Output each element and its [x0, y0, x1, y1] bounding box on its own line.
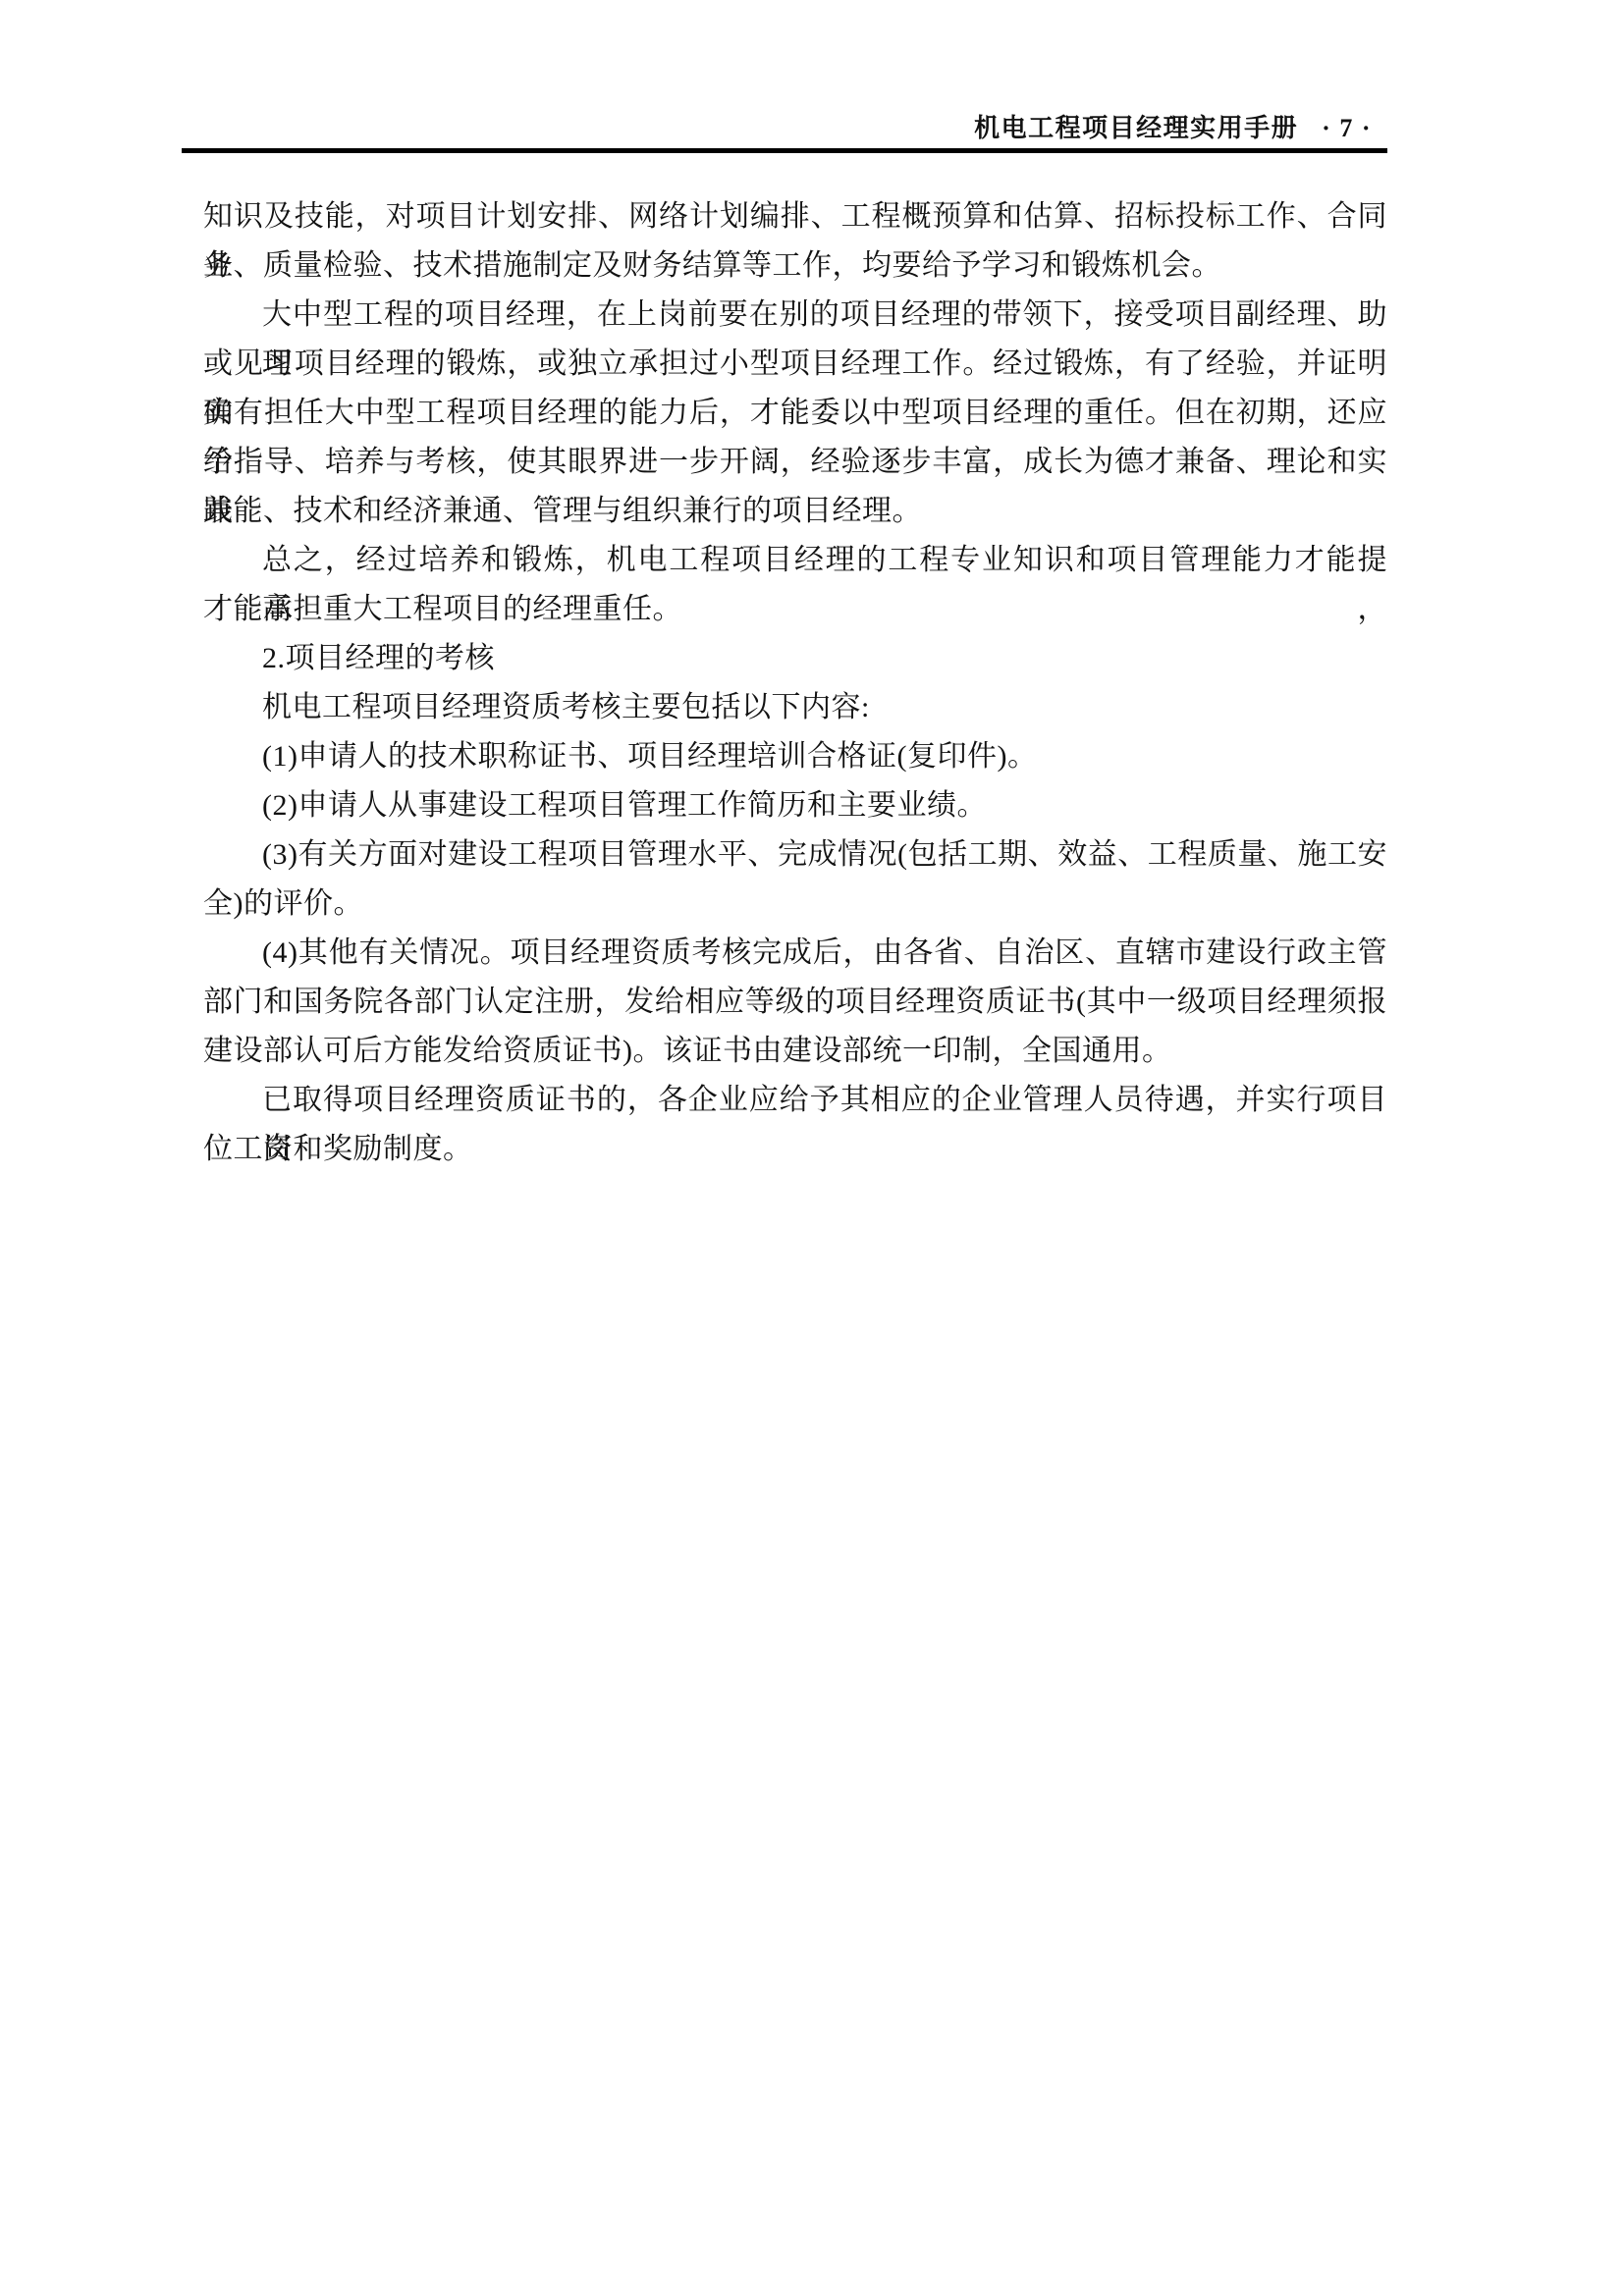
document-page: 机电工程项目经理实用手册 · 7 · 知识及技能，对项目计划安排、网络计划编排、…: [0, 0, 1624, 2296]
text-line: 予指导、培养与考核，使其眼界进一步开阔，经验逐步丰富，成长为德才兼备、理论和实践: [203, 438, 1387, 487]
text-line: 部门和国务院各部门认定注册，发给相应等级的项目经理资质证书(其中一级项目经理须报: [203, 978, 1387, 1027]
page-number: · 7 ·: [1322, 110, 1372, 147]
text-line: 2.项目经理的考核: [203, 634, 1387, 683]
header-rule: [182, 148, 1387, 153]
text-line: 务、质量检验、技术措施制定及财务结算等工作，均要给予学习和锻炼机会。: [203, 241, 1387, 291]
text-line: 全)的评价。: [203, 880, 1387, 929]
text-line: 实有担任大中型工程项目经理的能力后，才能委以中型项目经理的重任。但在初期，还应给: [203, 389, 1387, 438]
text-line: (4)其他有关情况。项目经理资质考核完成后，由各省、自治区、直辖市建设行政主管: [203, 929, 1387, 978]
text-line: 或见习项目经理的锻炼，或独立承担过小型项目经理工作。经过锻炼，有了经验，并证明确: [203, 340, 1387, 389]
text-line: 已取得项目经理资质证书的，各企业应给予其相应的企业管理人员待遇，并实行项目岗: [203, 1076, 1387, 1125]
text-line: 兼能、技术和经济兼通、管理与组织兼行的项目经理。: [203, 487, 1387, 536]
header-title: 机电工程项目经理实用手册: [974, 110, 1298, 147]
text-line: 建设部认可后方能发给资质证书)。该证书由建设部统一印制，全国通用。: [203, 1027, 1387, 1076]
text-line: 总之，经过培养和锻炼，机电工程项目经理的工程专业知识和项目管理能力才能提高，: [203, 536, 1387, 585]
text-line: (2)申请人从事建设工程项目管理工作简历和主要业绩。: [203, 781, 1387, 830]
text-line: 位工资和奖励制度。: [203, 1125, 1387, 1174]
text-line: (1)申请人的技术职称证书、项目经理培训合格证(复印件)。: [203, 732, 1387, 781]
text-line: (3)有关方面对建设工程项目管理水平、完成情况(包括工期、效益、工程质量、施工安: [203, 830, 1387, 880]
page-header: 机电工程项目经理实用手册 · 7 ·: [182, 110, 1387, 147]
text-line: 大中型工程的项目经理，在上岗前要在别的项目经理的带领下，接受项目副经理、助理: [203, 291, 1387, 340]
document-body: 知识及技能，对项目计划安排、网络计划编排、工程概预算和估算、招标投标工作、合同业…: [182, 192, 1387, 1174]
text-line: 知识及技能，对项目计划安排、网络计划编排、工程概预算和估算、招标投标工作、合同业: [203, 192, 1387, 241]
page-content: 机电工程项目经理实用手册 · 7 · 知识及技能，对项目计划安排、网络计划编排、…: [182, 110, 1387, 1174]
text-line: 机电工程项目经理资质考核主要包括以下内容:: [203, 683, 1387, 732]
